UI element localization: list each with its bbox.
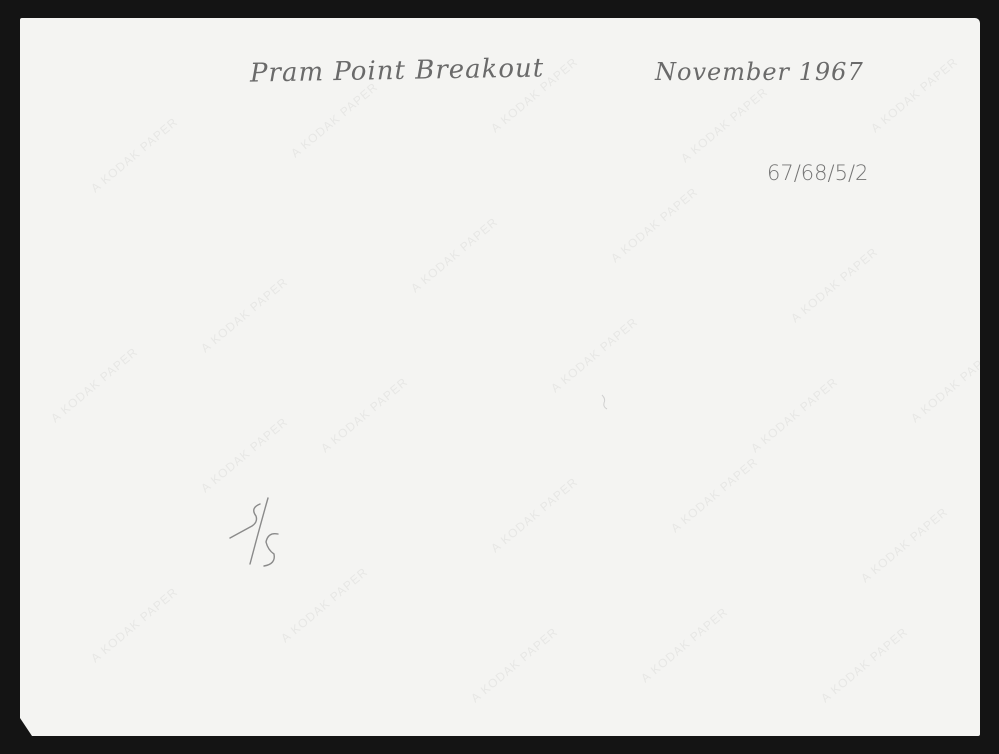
watermark: A KODAK PAPER <box>748 375 840 456</box>
watermark: A KODAK PAPER <box>88 115 180 196</box>
watermark: A KODAK PAPER <box>788 245 880 326</box>
watermark: A KODAK PAPER <box>608 185 700 266</box>
watermark: A KODAK PAPER <box>48 345 140 426</box>
handwritten-title: Pram Point Breakout <box>250 53 545 88</box>
handwritten-date: November 1967 <box>655 58 864 86</box>
watermark: A KODAK PAPER <box>468 625 560 706</box>
scan-background: A KODAK PAPER A KODAK PAPER A KODAK PAPE… <box>0 0 999 754</box>
watermark: A KODAK PAPER <box>318 375 410 456</box>
watermark: A KODAK PAPER <box>638 605 730 686</box>
handwritten-reference-number: 67/68/5/2 <box>767 161 868 185</box>
fraction-mark-icon <box>210 486 290 581</box>
watermark: A KODAK PAPER <box>868 55 960 136</box>
paper-speck-icon <box>600 393 612 413</box>
watermark: A KODAK PAPER <box>488 475 580 556</box>
watermark: A KODAK PAPER <box>548 315 640 396</box>
watermark: A KODAK PAPER <box>858 505 950 586</box>
watermark: A KODAK PAPER <box>408 215 500 296</box>
watermark: A KODAK PAPER <box>908 345 980 426</box>
photo-paper-back: A KODAK PAPER A KODAK PAPER A KODAK PAPE… <box>20 18 980 736</box>
watermark: A KODAK PAPER <box>198 415 290 496</box>
watermark: A KODAK PAPER <box>88 585 180 666</box>
watermark: A KODAK PAPER <box>198 275 290 356</box>
watermark: A KODAK PAPER <box>668 455 760 536</box>
handwritten-fraction <box>210 486 290 581</box>
watermark: A KODAK PAPER <box>818 625 910 706</box>
watermark: A KODAK PAPER <box>278 565 370 646</box>
watermark: A KODAK PAPER <box>288 80 380 161</box>
watermark: A KODAK PAPER <box>678 85 770 166</box>
